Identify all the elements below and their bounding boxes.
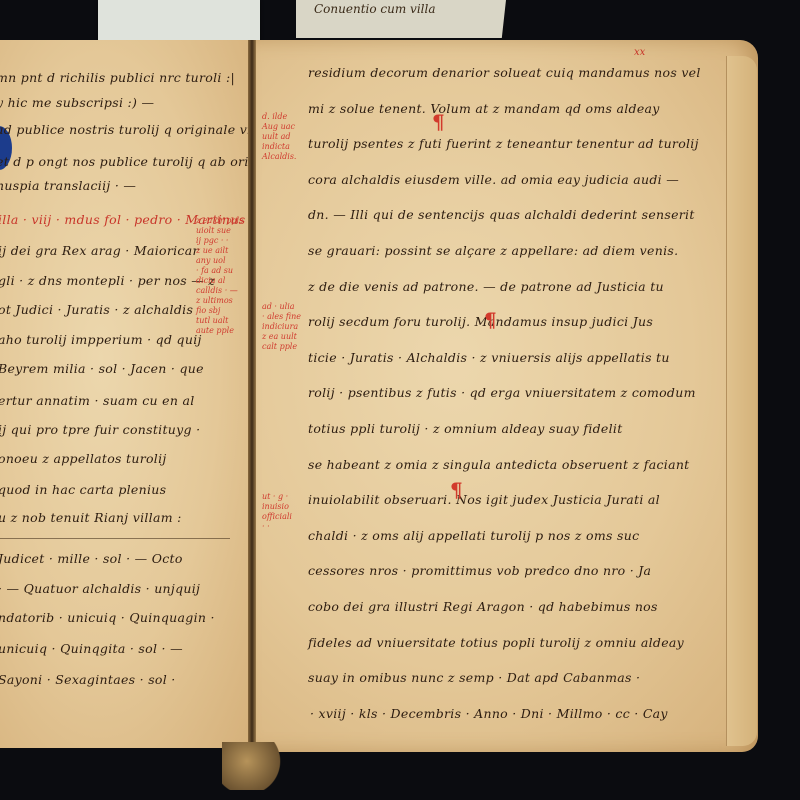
right-page-line: se grauari: possint se alçare z appellar… bbox=[308, 243, 678, 258]
left-page-line: Beyrem milia · sol · Jacen · que bbox=[0, 361, 204, 376]
left-page-line: · — Quatuor alchaldis · unjquij bbox=[0, 581, 200, 596]
binding-gutter bbox=[248, 40, 256, 752]
right-margin-note-2: ad · ulia · ales fine indiciura z ea uul… bbox=[262, 302, 301, 352]
right-page-line: dn. — Illi qui de sentencijs quas alchal… bbox=[308, 207, 695, 222]
right-page-line: cessores nros · promittimus vob predco d… bbox=[308, 563, 651, 578]
left-page-line: quod in hac carta plenius bbox=[0, 482, 166, 497]
right-page-line: inuiolabilit obseruari. Nos igit judex J… bbox=[308, 492, 660, 507]
section-rule bbox=[0, 538, 230, 539]
paper-slip-top: Conuentio cum villa bbox=[296, 0, 506, 38]
right-page-line: rolij secdum foru turolij. Mandamus insu… bbox=[308, 314, 653, 329]
left-page-line: ij dei gra Rex arag · Maioricar bbox=[0, 243, 199, 258]
right-page-line: se habeant z omia z singula antedicta ob… bbox=[308, 457, 690, 472]
left-page-line: gli · z dns montepli · per nos — z bbox=[0, 273, 215, 288]
left-page-line: ij qui pro tpre fuir constituyg · bbox=[0, 422, 200, 437]
folio-number: xx bbox=[634, 47, 645, 58]
left-page: mn pnt d richilis publici nrc turoli :|y… bbox=[0, 40, 252, 748]
right-page-line: suay in omibus nunc z semp · Dat apd Cab… bbox=[308, 670, 640, 685]
right-page-line: totius ppli turolij · z omnium aldeay su… bbox=[308, 421, 623, 436]
right-page-line: chaldi · z oms alij appellati turolij p … bbox=[308, 528, 639, 543]
left-page-line: aho turolij impperium · qd quij bbox=[0, 332, 202, 347]
left-page-line: onoeu z appellatos turolij bbox=[0, 451, 167, 466]
red-paragraph-mark-2: ¶ bbox=[484, 308, 497, 332]
right-margin-note-3: ut · g · inuisio officiali · · bbox=[262, 492, 292, 532]
right-page-line: turolij psentes z futi fuerint z teneant… bbox=[308, 136, 699, 151]
paper-slip-left bbox=[98, 0, 260, 44]
right-page-line: z de die venis ad patrone. — de patrone … bbox=[308, 279, 664, 294]
left-page-line: ot Judici · Juratis · z alchaldis bbox=[0, 302, 193, 317]
right-page: xx residium decorum denarior solueat cui… bbox=[252, 40, 758, 752]
left-page-line: unicuiq · Quinqgita · sol · — bbox=[0, 641, 183, 656]
left-page-line: mn pnt d richilis publici nrc turoli :| bbox=[0, 70, 235, 85]
left-page-line: et d p ongt nos publice turolij q ab ori… bbox=[0, 154, 286, 169]
left-page-line: y hic me subscripsi :) — bbox=[0, 95, 154, 110]
red-paragraph-mark-1: ¶ bbox=[432, 110, 445, 134]
right-page-line: rolij · psentibus z futis · qd erga vniu… bbox=[308, 385, 696, 400]
left-page-line: Judicet · mille · sol · — Octo bbox=[0, 551, 183, 566]
left-page-margin-note: z ea dr ppls uiolt sue ij pgc · · z ue a… bbox=[196, 216, 243, 336]
left-page-line: nuspia translaciij · — bbox=[0, 178, 136, 193]
red-paragraph-mark-3: ¶ bbox=[450, 478, 463, 502]
right-page-line: ticie · Juratis · Alchaldis · z vniuersi… bbox=[308, 350, 670, 365]
right-page-line: · xviij · kls · Decembris · Anno · Dni ·… bbox=[310, 706, 668, 721]
right-page-line: cobo dei gra illustri Regi Aragon · qd h… bbox=[308, 599, 658, 614]
left-page-line: ndatorib · unicuiq · Quinquagin · bbox=[0, 610, 215, 625]
slip-inscription: Conuentio cum villa bbox=[314, 2, 435, 16]
right-page-line: cora alchaldis eiusdem ville. ad omia ea… bbox=[308, 172, 679, 187]
right-margin-note-1: d. ilde Aug uac uult ad indicta Alcaldis… bbox=[262, 112, 296, 162]
right-page-line: fideles ad vniuersitate totius popli tur… bbox=[308, 635, 684, 650]
left-page-line: u z nob tenuit Rianj villam : bbox=[0, 510, 182, 525]
left-page-line: ertur annatim · suam cu en al bbox=[0, 393, 195, 408]
left-page-line: Sayoni · Sexagintaes · sol · bbox=[0, 672, 176, 687]
right-page-line: residium decorum denarior solueat cuiq m… bbox=[308, 65, 701, 80]
binding-thread bbox=[222, 742, 284, 790]
page-fore-edge bbox=[726, 56, 757, 746]
right-page-line: mi z solue tenent. Volum at z mandam qd … bbox=[308, 101, 660, 116]
